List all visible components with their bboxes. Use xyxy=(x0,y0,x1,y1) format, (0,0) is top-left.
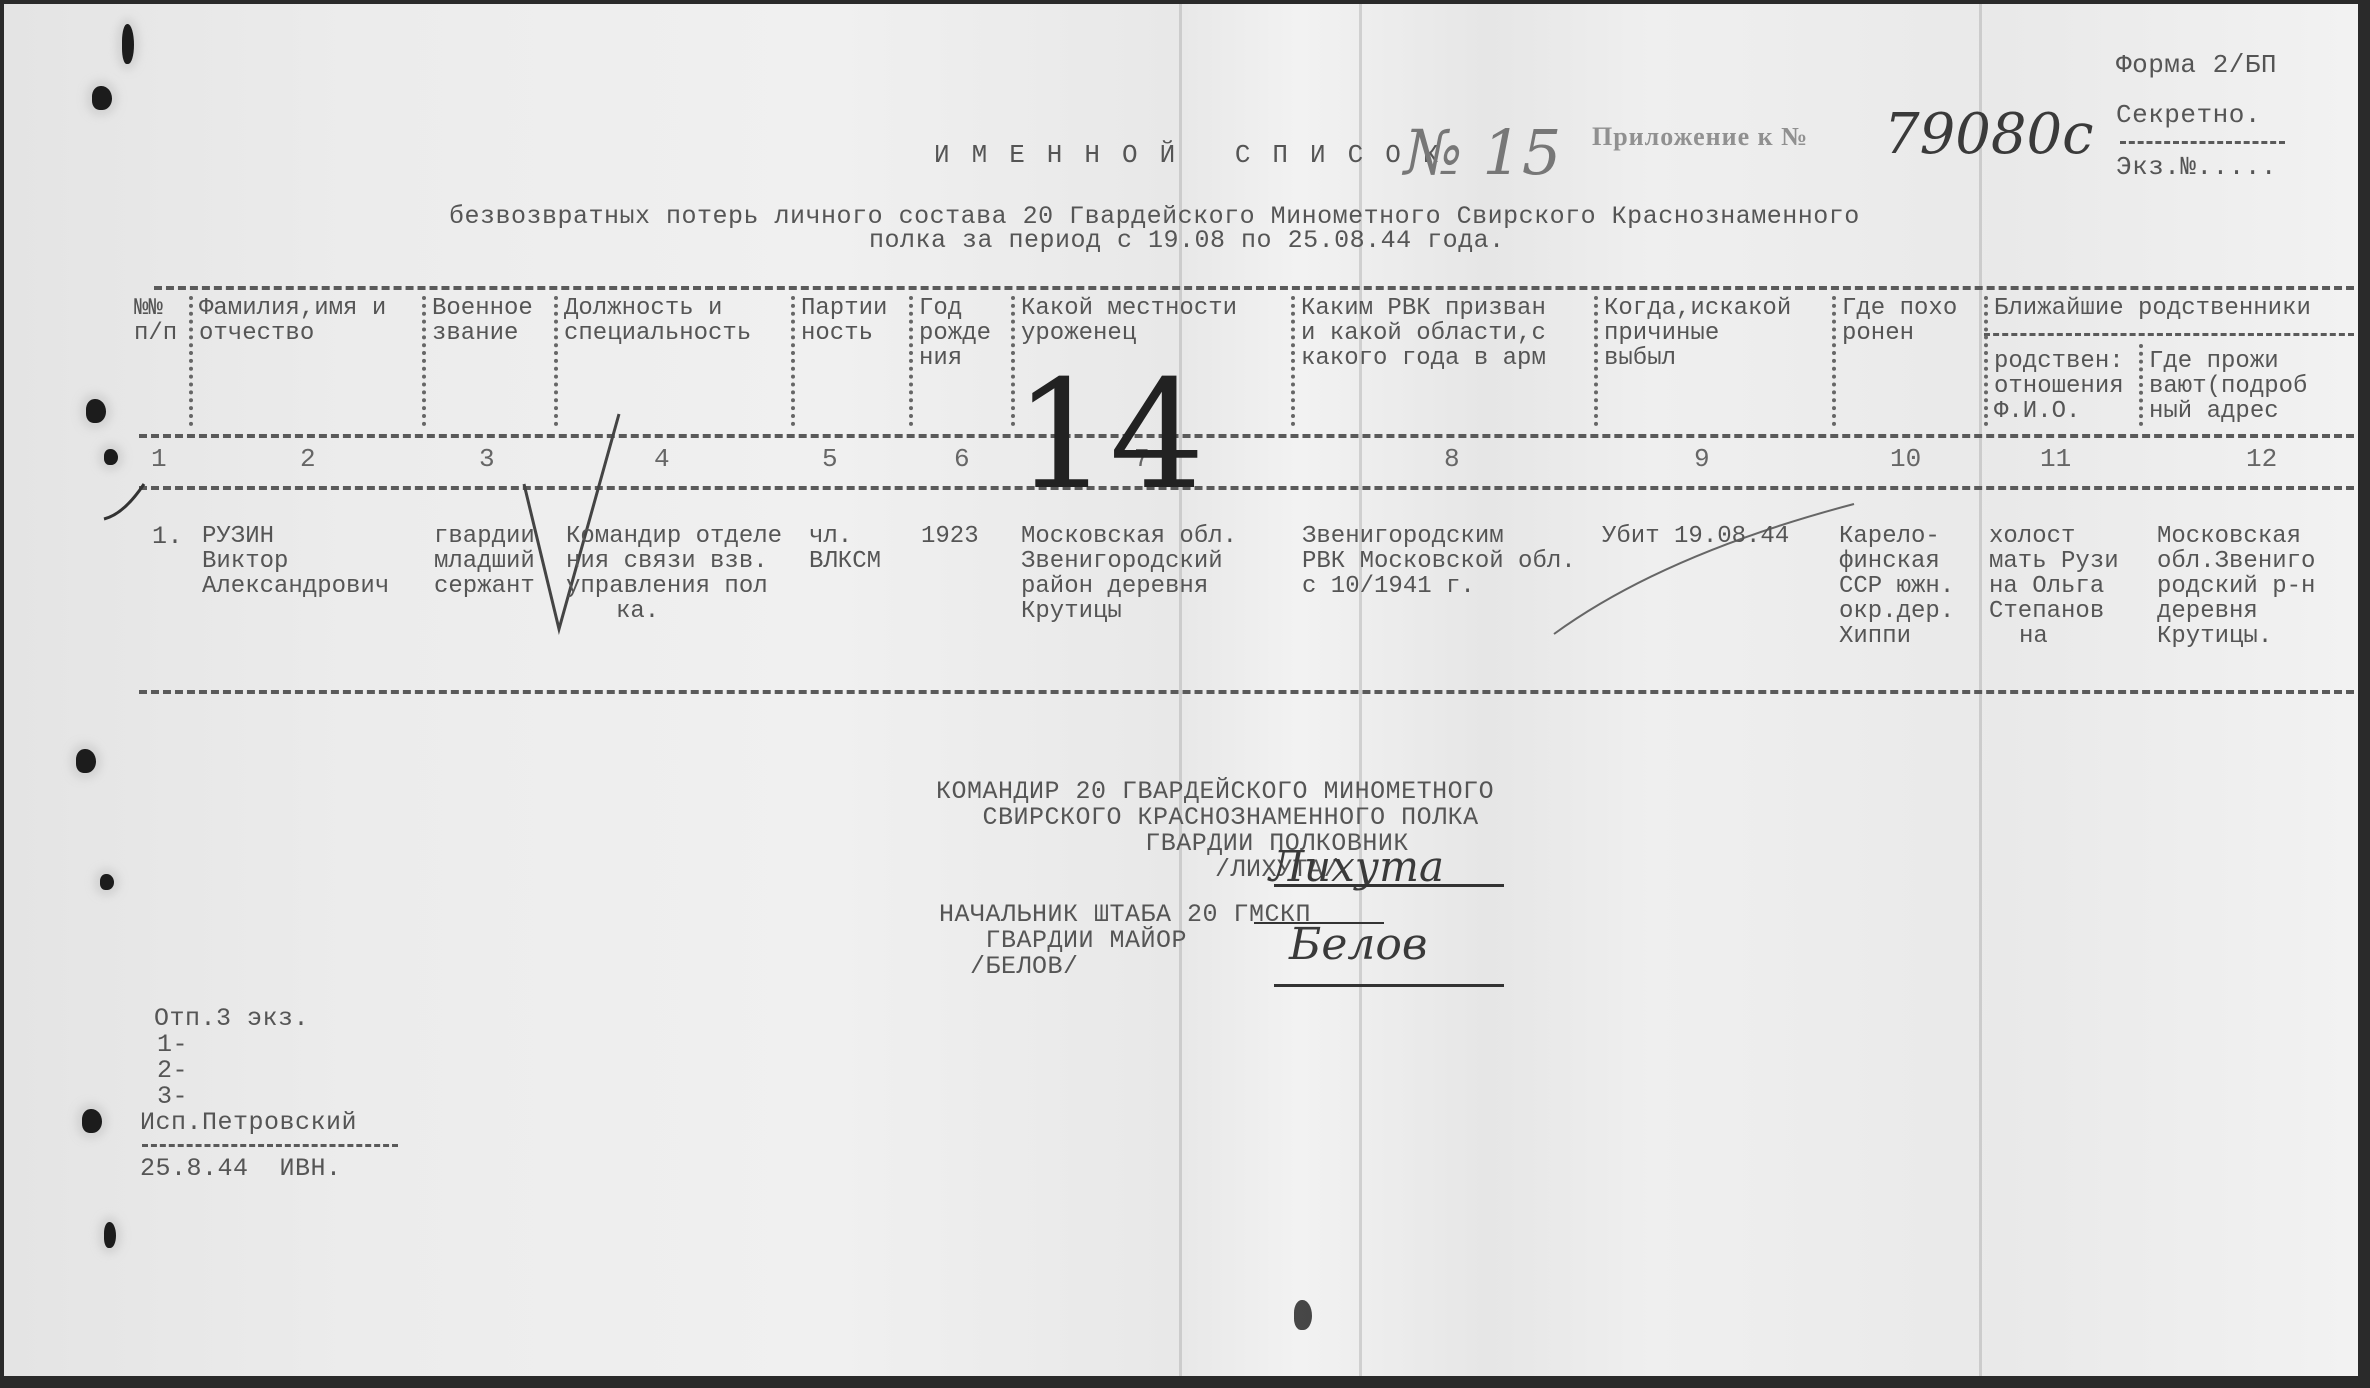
cell-birth-year: 1923 xyxy=(921,524,979,549)
chief-signature: Белов xyxy=(1289,919,1428,970)
document-page: Форма 2/БП Секретно. Экз.№..... ИМЕННОЙ … xyxy=(4,4,2358,1376)
punch-hole xyxy=(122,24,134,64)
cell-rank: гвардии младший сержант xyxy=(434,524,535,599)
table-top-border xyxy=(154,286,2354,290)
cell-address: Московская обл.Звениго родский р-н дерев… xyxy=(2157,524,2315,649)
copy-line: 3- xyxy=(157,1084,188,1110)
handwritten-list-number: № 15 xyxy=(1404,116,1561,189)
copy-number: Экз.№..... xyxy=(2116,154,2277,180)
col-number: 9 xyxy=(1694,444,1710,474)
col-number: 11 xyxy=(2040,444,2071,474)
handwritten-number-14: 14 xyxy=(1014,349,1205,523)
col-header-10: Где похо ронен xyxy=(1842,296,1957,346)
handwritten-ref-number: 79080с xyxy=(1884,102,2094,167)
col-header-2: Фамилия,имя и отчество xyxy=(199,296,386,346)
copies-count: Отп.3 экз. xyxy=(154,1006,309,1032)
footer-date: 25.8.44 ИВН. xyxy=(140,1156,342,1182)
copy-line: 1- xyxy=(157,1032,188,1058)
copy-line: 2- xyxy=(157,1058,188,1084)
punch-hole xyxy=(92,86,112,110)
chief-of-staff-block: НАЧАЛЬНИК ШТАБА 20 ГМСКП ГВАРДИИ МАЙОР /… xyxy=(939,902,1311,980)
col-header-7: Какой местности уроженец xyxy=(1021,296,1237,346)
signature-line xyxy=(1274,984,1504,987)
column-separator xyxy=(1291,296,1295,426)
form-number: Форма 2/БП xyxy=(2116,52,2277,78)
col-header-group: Ближайшие родственники xyxy=(1994,296,2311,321)
pencil-stroke xyxy=(1544,494,1864,644)
cell-birthplace: Московская обл. Звенигородский район дер… xyxy=(1021,524,1237,624)
executor: Исп.Петровский xyxy=(140,1110,357,1136)
col-number: 4 xyxy=(654,444,670,474)
cell-drafted: Звенигородским РВК Московской обл. с 10/… xyxy=(1302,524,1576,599)
col-header-9: Когда,искакой причиные выбыл xyxy=(1604,296,1791,371)
col-number: 8 xyxy=(1444,444,1460,474)
col-number: 12 xyxy=(2246,444,2277,474)
secret-label: Секретно. xyxy=(2116,102,2261,128)
col-number: 5 xyxy=(822,444,838,474)
column-separator xyxy=(1594,296,1598,426)
cell-relative: холост мать Рузи на Ольга Степанов на xyxy=(1989,524,2119,649)
stamp-text: Приложение к № xyxy=(1592,122,1808,152)
col-number: 10 xyxy=(1890,444,1921,474)
column-separator xyxy=(2139,344,2143,426)
cell-party: чл. ВЛКСМ xyxy=(809,524,881,574)
col-header-8: Каким РВК призван и какой области,с како… xyxy=(1301,296,1546,371)
column-separator xyxy=(1832,296,1836,426)
col-header-4: Должность и специальность xyxy=(564,296,751,346)
ink-spot xyxy=(1294,1300,1312,1330)
punch-hole xyxy=(82,1109,102,1133)
col-header-12: Где прожи вают(подроб ный адрес xyxy=(2149,349,2307,424)
col-header-6: Год рожде ния xyxy=(919,296,991,371)
col-header-11: родствен: отношения Ф.И.О. xyxy=(1994,349,2124,424)
punch-hole xyxy=(100,874,114,890)
col-header-5: Партии ность xyxy=(801,296,887,346)
group-divider xyxy=(1984,333,2354,336)
subtitle-line-2: полка за период с 19.08 по 25.08.44 года… xyxy=(869,228,1505,254)
cell-name: РУЗИН Виктор Александрович xyxy=(202,524,389,599)
col-number: 6 xyxy=(954,444,970,474)
column-separator xyxy=(1984,296,1988,426)
column-separator xyxy=(791,296,795,426)
punch-hole xyxy=(76,749,96,773)
signature-line xyxy=(1274,884,1504,887)
cell-position: Командир отделе ния связи взв. управлени… xyxy=(566,524,782,624)
divider xyxy=(142,1144,398,1147)
page-title: ИМЕННОЙ СПИСОК xyxy=(934,142,1460,168)
cell-reason: Убит 19.08.44 xyxy=(1602,524,1789,549)
punch-hole xyxy=(104,1222,116,1248)
table-bottom-border xyxy=(139,690,2354,694)
col-header-1: №№ п/п xyxy=(134,296,177,346)
cell-buried: Карело- финская ССР южн. окр.дер. Хиппи xyxy=(1839,524,1954,649)
col-header-3: Военное звание xyxy=(432,296,533,346)
column-separator xyxy=(909,296,913,426)
row-number: 1. xyxy=(152,524,183,550)
divider xyxy=(2120,141,2285,144)
